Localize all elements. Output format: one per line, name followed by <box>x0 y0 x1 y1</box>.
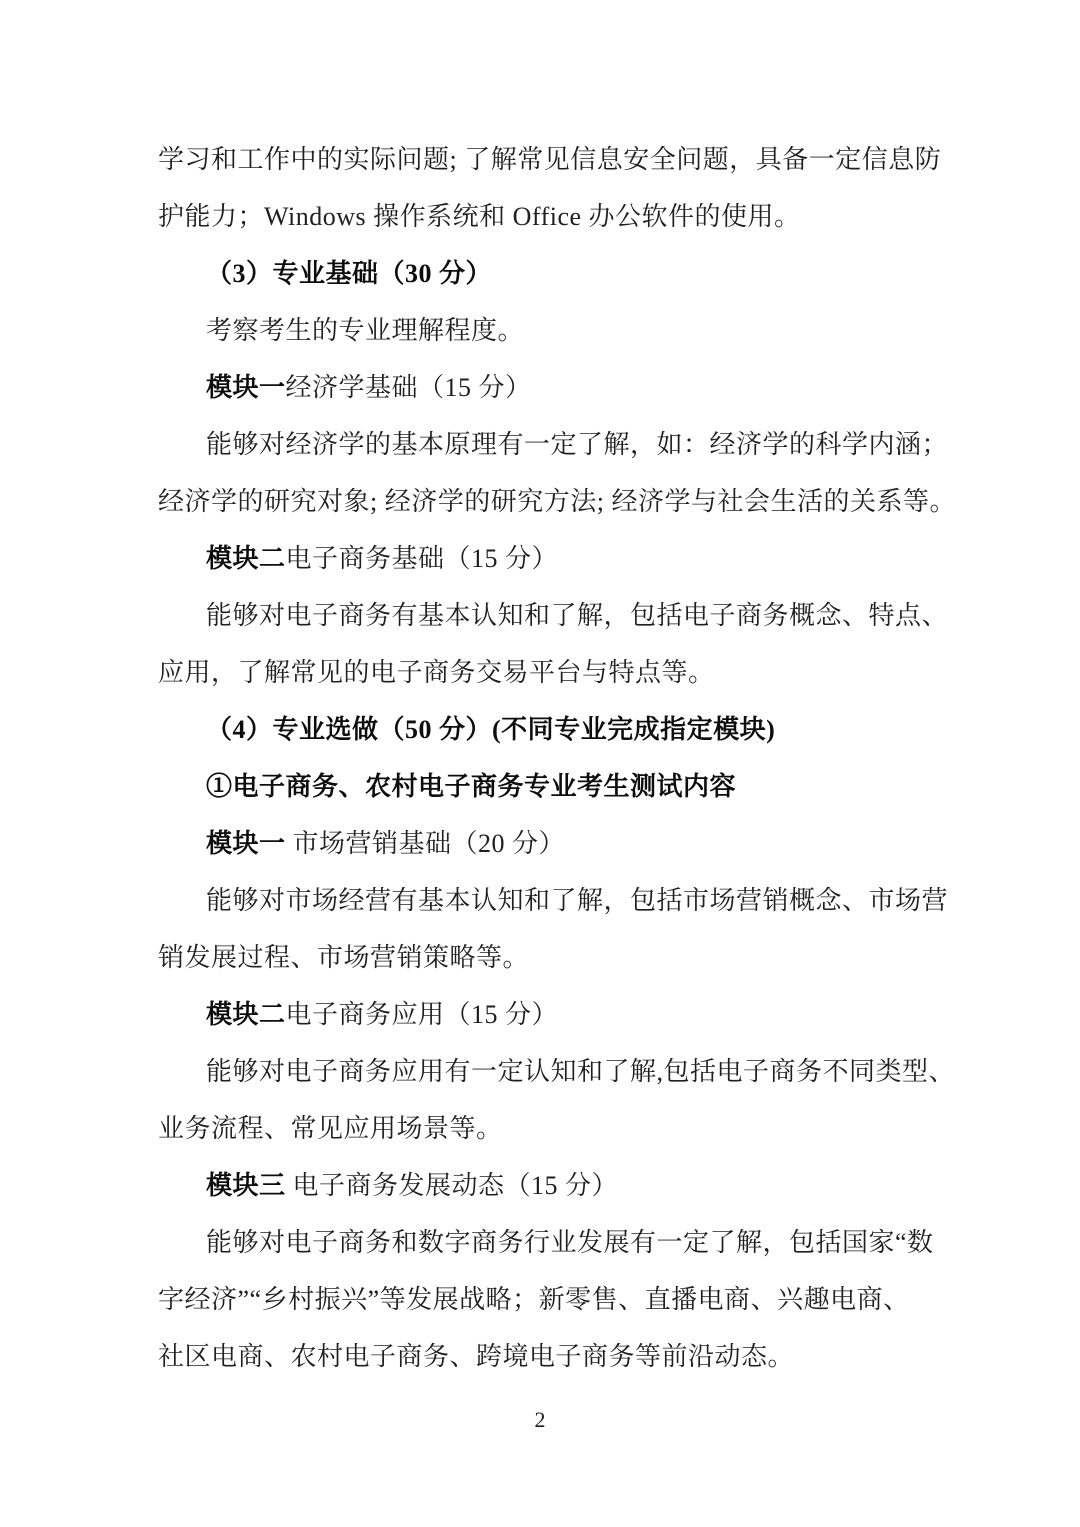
text-line: 能够对电子商务和数字商务行业发展有一定了解，包括国家“数 <box>158 1214 924 1271</box>
text-line: 能够对电子商务应用有一定认知和了解,包括电子商务不同类型、 <box>158 1043 924 1100</box>
body-text-segment: 能够对经济学的基本原理有一定了解，如：经济学的科学内涵； <box>206 430 948 459</box>
body-text-segment: 能够对电子商务应用有一定认知和了解,包括电子商务不同类型、 <box>206 1057 955 1086</box>
text-line: 考察考生的专业理解程度。 <box>158 302 924 359</box>
text-line: ①电子商务、农村电子商务专业考生测试内容 <box>158 758 924 815</box>
text-line: （3）专业基础（30 分） <box>158 245 924 302</box>
bold-text-segment: 模块一 <box>206 373 286 402</box>
text-line: 模块一 市场营销基础（20 分） <box>158 815 924 872</box>
text-line: 销发展过程、市场营销策略等。 <box>158 929 924 986</box>
body-text-segment: 经济学的研究对象; 经济学的研究方法; 经济学与社会生活的关系等。 <box>158 487 956 516</box>
text-line: 模块一经济学基础（15 分） <box>158 359 924 416</box>
body-text-segment: 字经济”“乡村振兴”等发展战略；新零售、直播电商、兴趣电商、 <box>158 1285 910 1314</box>
text-line: 能够对电子商务有基本认知和了解，包括电子商务概念、特点、 <box>158 587 924 644</box>
text-line: 模块三 电子商务发展动态（15 分） <box>158 1157 924 1214</box>
bold-text-segment: （3）专业基础（30 分） <box>206 259 492 288</box>
page-number: 2 <box>0 1405 1080 1435</box>
bold-text-segment: （4）专业选做（50 分）(不同专业完成指定模块) <box>206 715 775 744</box>
text-line: 能够对市场经营有基本认知和了解，包括市场营销概念、市场营 <box>158 872 924 929</box>
bold-text-segment: 模块一 <box>206 829 286 858</box>
body-text-segment: 考察考生的专业理解程度。 <box>206 316 524 345</box>
body-text-segment: 学习和工作中的实际问题; 了解常见信息安全问题，具备一定信息防 <box>158 145 941 174</box>
text-line: 模块二电子商务应用（15 分） <box>158 986 924 1043</box>
body-text-segment: 经济学基础（15 分） <box>286 373 532 402</box>
body-text-segment: 电子商务应用（15 分） <box>286 1000 559 1029</box>
text-line: 业务流程、常见应用场景等。 <box>158 1100 924 1157</box>
bold-text-segment: 模块二 <box>206 1000 286 1029</box>
bold-text-segment: 模块三 <box>206 1171 286 1200</box>
body-text-segment: 电子商务基础（15 分） <box>286 544 559 573</box>
body-text-segment: 业务流程、常见应用场景等。 <box>158 1114 503 1143</box>
text-line: 社区电商、农村电子商务、跨境电子商务等前沿动态。 <box>158 1328 924 1385</box>
body-text-segment: 护能力；Windows 操作系统和 Office 办公软件的使用。 <box>158 202 801 231</box>
body-text-segment: 电子商务发展动态（15 分） <box>286 1171 619 1200</box>
text-line: 经济学的研究对象; 经济学的研究方法; 经济学与社会生活的关系等。 <box>158 473 924 530</box>
document-page: 学习和工作中的实际问题; 了解常见信息安全问题，具备一定信息防护能力；Windo… <box>0 0 1080 1527</box>
bold-text-segment: ①电子商务、农村电子商务专业考生测试内容 <box>206 772 736 801</box>
text-line: 应用，了解常见的电子商务交易平台与特点等。 <box>158 644 924 701</box>
text-line: 模块二电子商务基础（15 分） <box>158 530 924 587</box>
text-line: 护能力；Windows 操作系统和 Office 办公软件的使用。 <box>158 188 924 245</box>
body-text-segment: 社区电商、农村电子商务、跨境电子商务等前沿动态。 <box>158 1342 794 1371</box>
body-text-segment: 能够对电子商务有基本认知和了解，包括电子商务概念、特点、 <box>206 601 948 630</box>
text-line: 学习和工作中的实际问题; 了解常见信息安全问题，具备一定信息防 <box>158 131 924 188</box>
bold-text-segment: 模块二 <box>206 544 286 573</box>
body-text-segment: 能够对电子商务和数字商务行业发展有一定了解，包括国家“数 <box>206 1228 934 1257</box>
document-body: 学习和工作中的实际问题; 了解常见信息安全问题，具备一定信息防护能力；Windo… <box>158 131 924 1385</box>
text-line: （4）专业选做（50 分）(不同专业完成指定模块) <box>158 701 924 758</box>
text-line: 能够对经济学的基本原理有一定了解，如：经济学的科学内涵； <box>158 416 924 473</box>
body-text-segment: 市场营销基础（20 分） <box>286 829 566 858</box>
text-line: 字经济”“乡村振兴”等发展战略；新零售、直播电商、兴趣电商、 <box>158 1271 924 1328</box>
body-text-segment: 应用，了解常见的电子商务交易平台与特点等。 <box>158 658 715 687</box>
body-text-segment: 能够对市场经营有基本认知和了解，包括市场营销概念、市场营 <box>206 886 948 915</box>
body-text-segment: 销发展过程、市场营销策略等。 <box>158 943 529 972</box>
